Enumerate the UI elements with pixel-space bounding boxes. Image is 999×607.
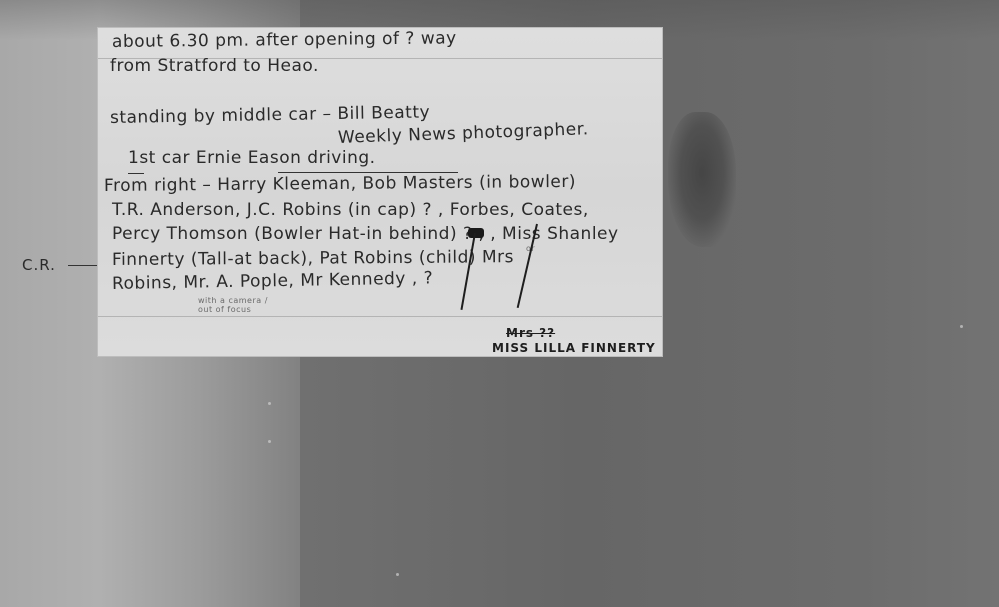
pople-camera-note: with a camera / out of focus bbox=[198, 296, 278, 314]
caption-line-7: T.R. Anderson, J.C. Robins (in cap) ? , … bbox=[112, 200, 589, 220]
caption-line-4: Weekly News photographer. bbox=[338, 119, 589, 148]
underline-first bbox=[128, 173, 144, 174]
caption-line-2: from Stratford to Heao. bbox=[110, 56, 319, 76]
crossed-out-name: Mrs ?? bbox=[506, 326, 555, 340]
speck bbox=[268, 440, 271, 443]
caption-line-8: Percy Thomson (Bowler Hat-in behind) ? ,… bbox=[112, 224, 619, 244]
caption-line-3: standing by middle car – Bill Beatty bbox=[110, 102, 430, 128]
caption-line-1: about 6.30 pm. after opening of ? way bbox=[112, 28, 457, 52]
ink-stain bbox=[668, 112, 736, 247]
caption-line-9: Finnerty (Tall-at back), Pat Robins (chi… bbox=[112, 247, 514, 270]
margin-label-cr: C.R. bbox=[22, 256, 56, 274]
caption-line-5: 1st car Ernie Eason driving. bbox=[128, 148, 376, 168]
margin-pointer-line bbox=[68, 265, 100, 266]
caption-card: about 6.30 pm. after opening of ? way fr… bbox=[98, 28, 662, 356]
pointer-stroke bbox=[460, 233, 476, 310]
speck bbox=[960, 325, 963, 328]
speck bbox=[268, 402, 271, 405]
bottom-label-name: MISS LILLA FINNERTY bbox=[492, 341, 656, 355]
card-rule bbox=[98, 316, 662, 317]
speck bbox=[396, 573, 399, 576]
caption-line-10: Robins, Mr. A. Pople, Mr Kennedy , ? bbox=[112, 268, 433, 294]
caption-line-6: From right – Harry Kleeman, Bob Masters … bbox=[104, 172, 576, 196]
